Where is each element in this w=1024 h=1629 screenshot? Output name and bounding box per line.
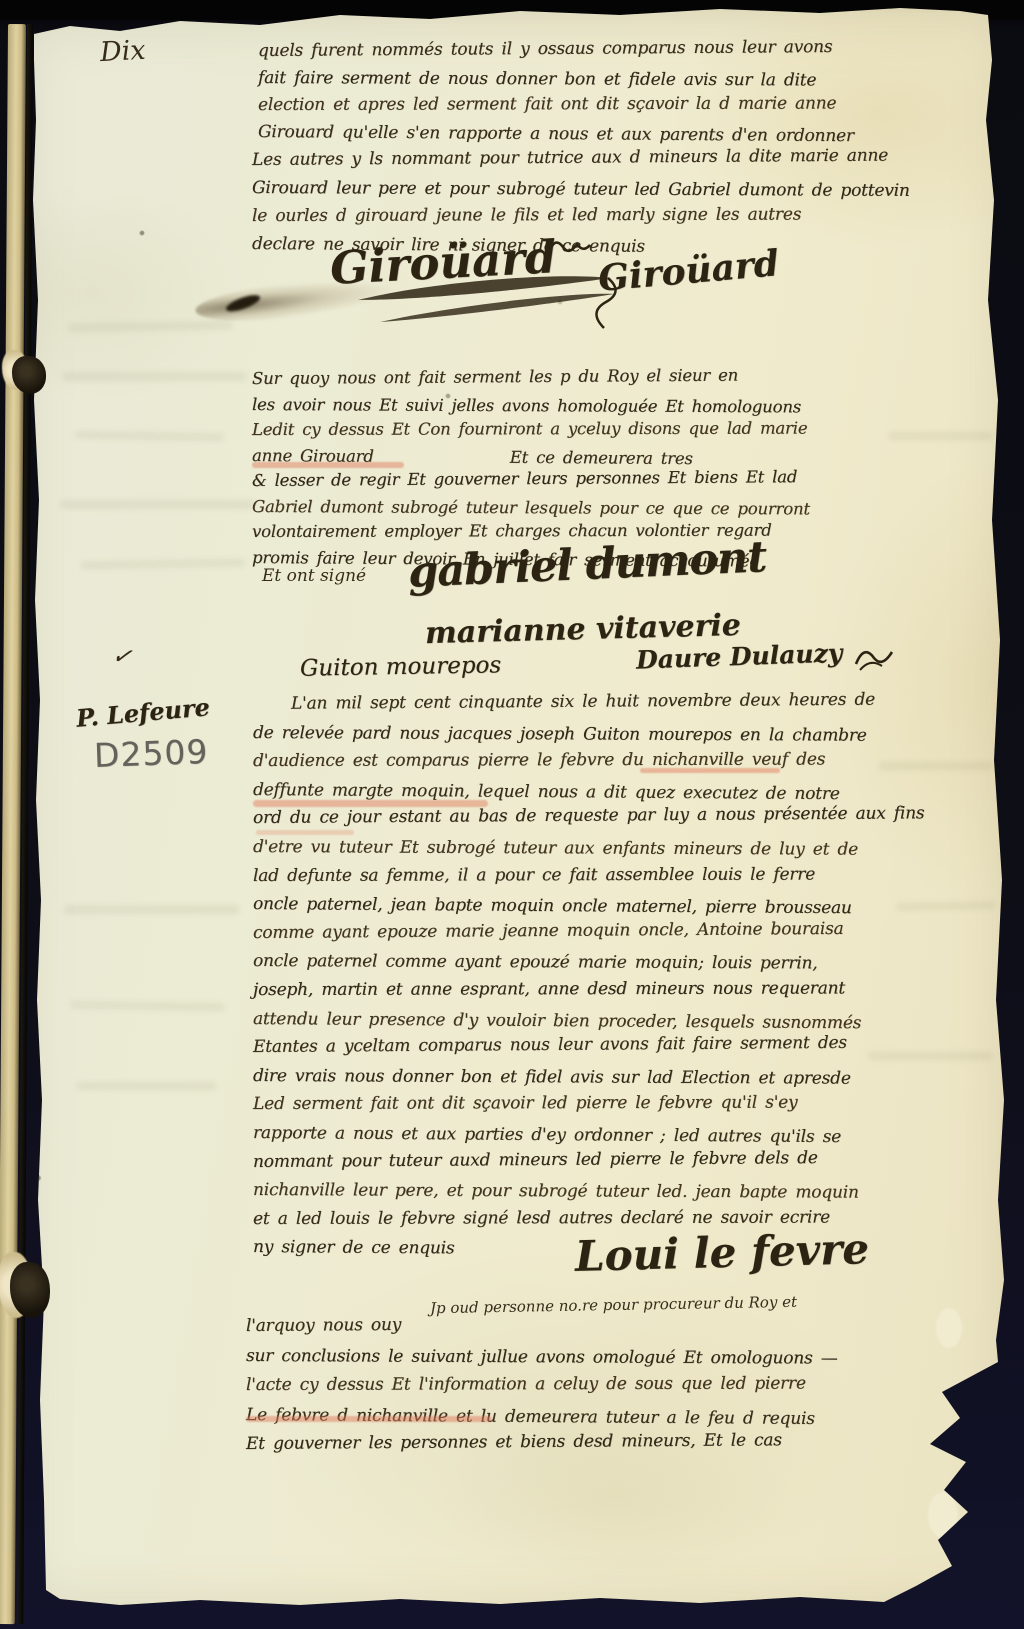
paragraph-main-act: L'an mil sept cent cinquante six le huit… (253, 690, 924, 1262)
manuscript-line: Les autres y ls nommant pour tutrice aux… (252, 141, 910, 174)
red-underline-anne-girouard (252, 462, 404, 468)
manuscript-line: L'an mil sept cent cinquante six le huit… (253, 685, 925, 718)
binding-knot-top (12, 356, 46, 394)
paragraph-election-top: quels furent nommés touts il y ossaus co… (258, 38, 854, 146)
manuscript-line: joseph, martin et anne esprant, anne des… (253, 974, 925, 1004)
bleed-through-mark (62, 372, 247, 381)
red-underline-du-nichanville (640, 768, 780, 773)
manuscript-line: quels furent nommés touts il y ossaus co… (258, 34, 854, 65)
torn-edge-flake (928, 1492, 958, 1538)
manuscript-line: comme ayant epouze marie jeanne moquin o… (253, 914, 925, 947)
manuscript-line: Etantes a yceltam comparus nous leur avo… (253, 1028, 925, 1061)
manuscript-line: Sur quoy nous ont fait serment les p du … (252, 362, 810, 391)
signature-louis-lefebvre: Loui le fevre (574, 1224, 869, 1281)
paper-sheet: Dix quels furent nommés touts il y ossau… (0, 0, 1024, 1629)
bleed-through-mark (80, 559, 245, 570)
bleed-through-mark (60, 500, 255, 509)
torn-edge-flake (936, 1308, 962, 1348)
binding-knot-bottom (10, 1262, 50, 1318)
signature-flourish (352, 270, 622, 334)
scanned-manuscript-page: Dix quels furent nommés touts il y ossau… (0, 0, 1024, 1629)
signature-daure-dulauzy: Daure Dulauzy (636, 638, 843, 674)
bleed-through-mark (888, 432, 993, 440)
bleed-through-mark (76, 1082, 216, 1090)
margin-checkmark: ✓ (110, 641, 134, 672)
signed-prefix: Et ont signé (262, 566, 366, 586)
bleed-through-mark (64, 905, 239, 914)
paraph-mark (545, 232, 595, 260)
manuscript-line: le ourles d girouard jeune le fils et le… (252, 200, 910, 230)
paraph-mark (852, 640, 898, 674)
bleed-through-mark (70, 1001, 225, 1012)
manuscript-line: d'audience est comparus pierre le febvre… (253, 745, 925, 775)
paragraph-closing: l'arquoy nous ouy sur conclusions le sui… (246, 1312, 838, 1460)
manuscript-line: Et gouverner les personnes et biens desd… (246, 1426, 838, 1460)
red-underline-lefebvre-nichanville (246, 1416, 492, 1422)
red-underline-deffunte-moquin (253, 800, 488, 807)
manuscript-line: l'acte cy dessus Et l'information a celu… (246, 1369, 838, 1400)
manuscript-line: Ledit cy dessus Et Con fourniront a ycel… (252, 416, 810, 443)
manuscript-line: & lesser de regir Et gouverner leurs per… (252, 464, 810, 493)
bleed-through-mark (68, 321, 233, 333)
manuscript-line: nommant pour tuteur auxd mineurs led pie… (253, 1143, 925, 1176)
bleed-through-mark (74, 431, 224, 442)
manuscript-line: l'arquoy nous ouy (246, 1308, 838, 1342)
margin-clerk-signature: P. Lefeure (75, 692, 211, 733)
manuscript-line: lad defunte sa femme, il a pour ce fait … (253, 860, 925, 890)
signature-guiton-mourepos: Guiton mourepos (300, 652, 502, 682)
manuscript-line: election et apres led serment fait ont d… (258, 90, 854, 119)
folio-number: Dix (99, 35, 146, 68)
margin-pencil-reference: D2509 (93, 732, 209, 775)
red-underline-faint (256, 830, 354, 835)
manuscript-line: Led serment fait ont dit sçavoir led pie… (253, 1089, 925, 1119)
